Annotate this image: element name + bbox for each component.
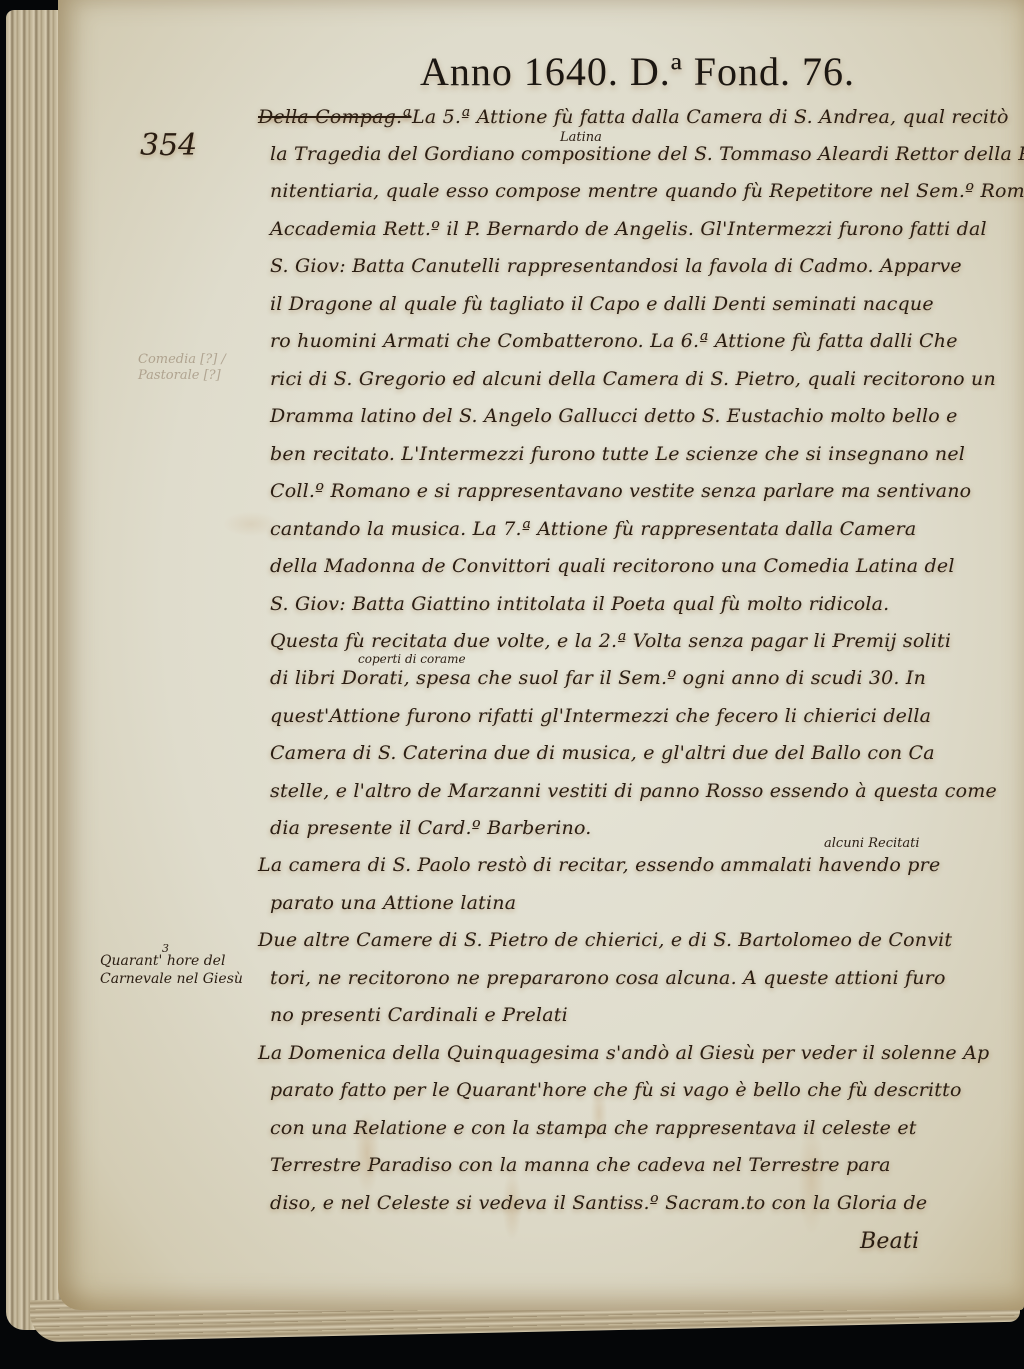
text-line-20: dia presente il Card.º Barberino. — [270, 817, 591, 839]
manuscript-photo: Anno 1640. D.ª Fond. 76. 354 Della Compa… — [0, 0, 1024, 1369]
bleed-through-margin-note: Comedia [?] / Pastorale [?] — [138, 352, 258, 384]
text-line-19: stelle, e l'altro de Marzanni vestiti di… — [270, 780, 997, 802]
text-line-7: ro huomini Armati che Combatterono. La 6… — [270, 330, 958, 352]
text-line-25: no presenti Cardinali e Prelati — [270, 1004, 568, 1026]
interlinear-note-alcuni-recitati: alcuni Recitati — [824, 836, 920, 851]
text-line-9: Dramma latino del S. Angelo Gallucci det… — [270, 405, 958, 427]
text-line-11: Coll.º Romano e si rappresentavano vesti… — [270, 480, 971, 502]
text-line-26: La Domenica della Quinquagesima s'andò a… — [258, 1042, 989, 1064]
text-line-23: Due altre Camere di S. Pietro de chieric… — [258, 929, 952, 951]
text-line-3: nitentiaria, quale esso compose mentre q… — [270, 180, 1024, 202]
text-line-28: con una Relatione e con la stampa che ra… — [270, 1117, 917, 1139]
text-line-24: tori, ne recitorono ne prepararono cosa … — [270, 967, 946, 989]
text-line-2: la Tragedia del Gordiano compositione de… — [270, 143, 1024, 165]
text-line-4: Accademia Rett.º il P. Bernardo de Angel… — [270, 218, 987, 240]
text-line-14: S. Giov: Batta Giattino intitolata il Po… — [270, 593, 889, 615]
text-line-27: parato fatto per le Quarant'hore che fù … — [270, 1079, 962, 1101]
text-line-29: Terrestre Paradiso con la manna che cade… — [270, 1154, 891, 1176]
text-line-1: La 5.ª Attione fù fatta dalla Camera di … — [412, 106, 1009, 128]
text-line-8: rici di S. Gregorio ed alcuni della Came… — [270, 368, 996, 390]
text-line-17: quest'Attione furono rifatti gl'Intermez… — [270, 705, 931, 727]
folio-number: 354 — [140, 128, 197, 163]
catchword-beati: Beati — [860, 1229, 919, 1254]
text-line-12: cantando la musica. La 7.ª Attione fù ra… — [270, 518, 916, 540]
interlinear-note-coperti-di-corame: coperti di corame — [358, 652, 466, 666]
text-line-30: diso, e nel Celeste si vedeva il Santiss… — [270, 1192, 927, 1214]
text-line-5: S. Giov: Batta Canutelli rappresentandos… — [270, 255, 962, 277]
margin-note-quarant-hore: Quarant' hore del Carnevale nel Giesù — [100, 952, 260, 988]
text-line-10: ben recitato. L'Intermezzi furono tutte … — [270, 443, 965, 465]
text-line-15: Questa fù recitata due volte, e la 2.ª V… — [270, 630, 951, 652]
text-line-16: di libri Dorati, spesa che suol far il S… — [270, 667, 926, 689]
text-line-6: il Dragone al quale fù tagliato il Capo … — [270, 293, 934, 315]
text-line-22: parato una Attione latina — [270, 892, 516, 914]
text-line-21: La camera di S. Paolo restò di recitar, … — [258, 854, 940, 876]
text-line-18: Camera di S. Caterina due di musica, e g… — [270, 742, 935, 764]
page-header-year: Anno 1640. D.ª Fond. 76. — [420, 48, 855, 95]
heading-word-text: Della Compag.ª — [258, 106, 412, 128]
heading-word: Della Compag.ª — [258, 106, 412, 128]
text-line-13: della Madonna de Convittori quali recito… — [270, 555, 955, 577]
